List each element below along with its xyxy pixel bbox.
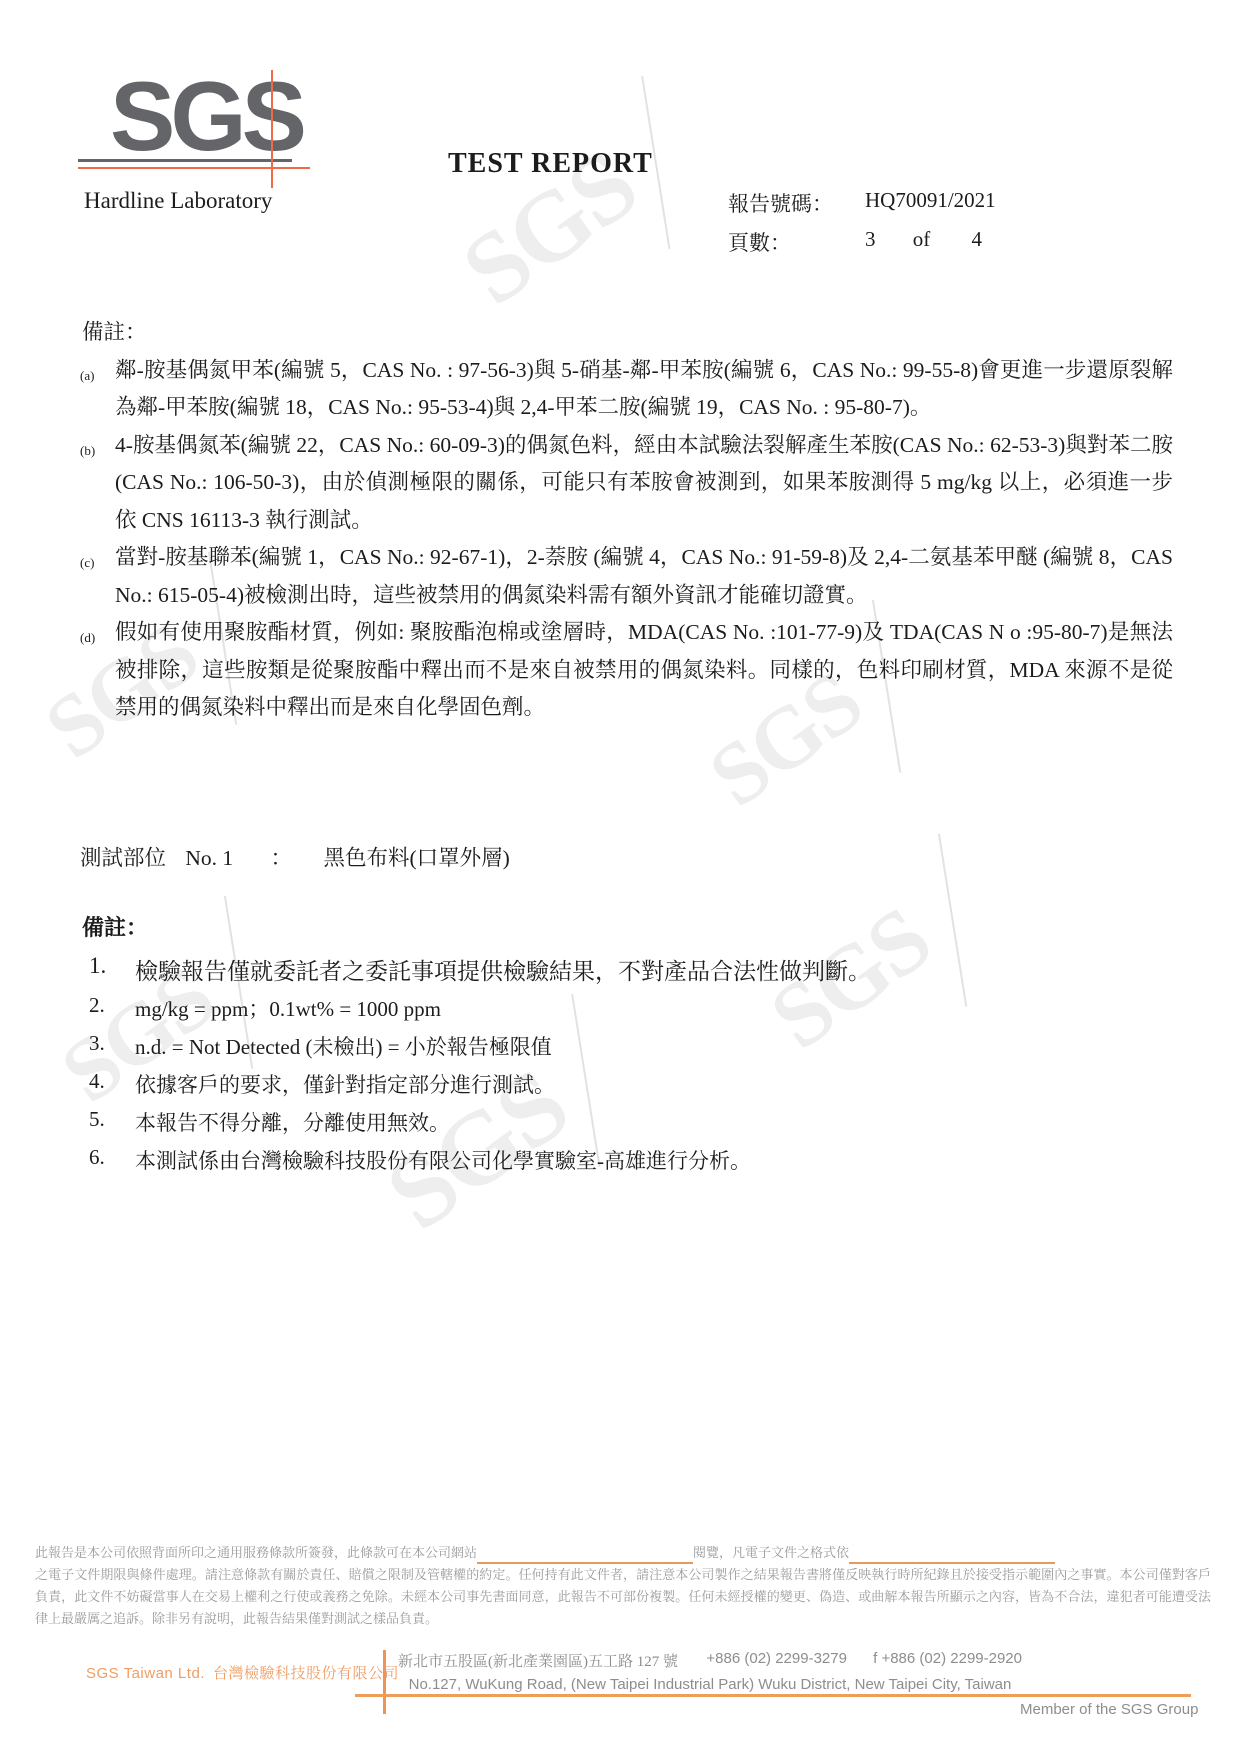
blank-underline bbox=[849, 1550, 1055, 1564]
disclaimer-text-b: 閱覽，凡電子文件之格式依 bbox=[693, 1542, 849, 1564]
lab-name: Hardline Laboratory bbox=[84, 188, 272, 214]
footnote-d-label: (d) bbox=[80, 614, 115, 727]
report-number-label: 報告號碼： bbox=[728, 188, 865, 218]
note-1-number: 1. bbox=[80, 953, 135, 993]
footnote-b: (b) 4-胺基偶氮苯(編號 22，CAS No.: 60-09-3)的偶氮色料… bbox=[80, 427, 1173, 540]
tested-part-label: 測試部位 bbox=[80, 846, 166, 870]
note-2-text: mg/kg = ppm；0.1wt% = 1000 ppm bbox=[135, 993, 441, 1031]
footer-disclaimer: 此報告是本公司依照背面所印之通用服務條款所簽發，此條款可在本公司網站 閱覽，凡電… bbox=[35, 1542, 1211, 1630]
logo-orange-horizontal-rule bbox=[78, 167, 310, 169]
phone-number: +886 (02) 2299-3279 bbox=[706, 1650, 847, 1667]
footnote-d-text: 假如有使用聚胺酯材質，例如: 聚胺酯泡棉或塗層時，MDA(CAS No. :10… bbox=[115, 614, 1173, 727]
address-row-zh: 新北市五股區(新北產業園區)五工路 127 號 +886 (02) 2299-3… bbox=[398, 1650, 1022, 1671]
note-6-text: 本測試係由台灣檢驗科技股份有限公司化學實驗室-高雄進行分析。 bbox=[135, 1145, 751, 1183]
sgs-logo: SGS bbox=[110, 72, 302, 160]
address-zh: 新北市五股區(新北產業園區)五工路 127 號 bbox=[398, 1650, 678, 1671]
page-of: of bbox=[913, 227, 931, 252]
disclaimer-line-1: 此報告是本公司依照背面所印之通用服務條款所簽發，此條款可在本公司網站 閱覽，凡電… bbox=[35, 1542, 1211, 1564]
note-5-text: 本報告不得分離，分離使用無效。 bbox=[135, 1107, 450, 1145]
fax-number: f +886 (02) 2299-2920 bbox=[873, 1650, 1022, 1667]
address-en: No.127, WuKung Road, (New Taipei Industr… bbox=[398, 1676, 1022, 1693]
footnote-c-label: (c) bbox=[80, 539, 115, 614]
note-2: 2. mg/kg = ppm；0.1wt% = 1000 ppm bbox=[80, 993, 1090, 1031]
footnote-c-text: 當對-胺基聯苯(編號 1，CAS No.: 92-67-1)，2-萘胺 (編號 … bbox=[115, 539, 1173, 614]
company-name-zh: 台灣檢驗科技股份有限公司 bbox=[213, 1666, 399, 1682]
footer-address-block: 新北市五股區(新北產業園區)五工路 127 號 +886 (02) 2299-3… bbox=[398, 1650, 1022, 1693]
note-5: 5. 本報告不得分離，分離使用無效。 bbox=[80, 1107, 1090, 1145]
note-5-number: 5. bbox=[80, 1107, 135, 1145]
footnotes-section: 備註： (a) 鄰-胺基偶氮甲苯(編號 5，CAS No. : 97-56-3)… bbox=[80, 314, 1173, 727]
footnote-a-label: (a) bbox=[80, 352, 115, 427]
footnote-b-text: 4-胺基偶氮苯(編號 22，CAS No.: 60-09-3)的偶氮色料，經由本… bbox=[115, 427, 1173, 540]
company-name-en: SGS Taiwan Ltd. bbox=[86, 1665, 205, 1682]
note-4-number: 4. bbox=[80, 1069, 135, 1107]
notes-section: 備註： 1. 檢驗報告僅就委託者之委託事項提供檢驗結果，不對產品合法性做判斷。 … bbox=[80, 911, 1090, 1183]
page-current: 3 bbox=[865, 227, 876, 252]
page-count-row: 頁數： 3 of 4 bbox=[728, 227, 1088, 257]
note-1-text: 檢驗報告僅就委託者之委託事項提供檢驗結果，不對產品合法性做判斷。 bbox=[135, 953, 871, 993]
page-count-value: 3 of 4 bbox=[865, 227, 982, 257]
note-4-text: 依據客戶的要求，僅針對指定部分進行測試。 bbox=[135, 1069, 555, 1107]
tested-part-row: 測試部位 No. 1 ： 黑色布料(口罩外層) bbox=[80, 841, 510, 872]
tested-part-number: No. 1 bbox=[185, 846, 233, 870]
footnote-a-text: 鄰-胺基偶氮甲苯(編號 5，CAS No. : 97-56-3)與 5-硝基-鄰… bbox=[115, 352, 1173, 427]
page-total: 4 bbox=[972, 227, 983, 252]
note-6-number: 6. bbox=[80, 1145, 135, 1183]
company-name: SGS Taiwan Ltd.台灣檢驗科技股份有限公司 bbox=[86, 1662, 382, 1683]
note-6: 6. 本測試係由台灣檢驗科技股份有限公司化學實驗室-高雄進行分析。 bbox=[80, 1145, 1090, 1183]
footnote-b-label: (b) bbox=[80, 427, 115, 540]
note-3: 3. n.d. = Not Detected (未檢出) = 小於報告極限值 bbox=[80, 1031, 1090, 1069]
logo-gray-rule bbox=[78, 159, 292, 162]
blank-underline bbox=[477, 1550, 693, 1564]
page-title: TEST REPORT bbox=[448, 148, 653, 180]
notes-list: 1. 檢驗報告僅就委託者之委託事項提供檢驗結果，不對產品合法性做判斷。 2. m… bbox=[80, 953, 1090, 1183]
report-meta: 報告號碼： HQ70091/2021 頁數： 3 of 4 bbox=[728, 188, 1088, 266]
phone-block: +886 (02) 2299-3279 f +886 (02) 2299-292… bbox=[706, 1650, 1022, 1671]
test-report-page: SGS SGS SGS SGS SGS SGS SGS Hardline Lab… bbox=[0, 0, 1241, 1755]
disclaimer-body: 之電子文件期限與條件處理。請注意條款有關於責任、賠償之限制及管轄權的約定。任何持… bbox=[35, 1564, 1211, 1630]
logo-orange-vertical-rule bbox=[271, 70, 273, 188]
footnote-c: (c) 當對-胺基聯苯(編號 1，CAS No.: 92-67-1)，2-萘胺 … bbox=[80, 539, 1173, 614]
notes-title: 備註： bbox=[82, 911, 1090, 942]
tested-part-colon: ： bbox=[271, 846, 293, 870]
note-3-number: 3. bbox=[80, 1031, 135, 1069]
member-of-sgs-group: Member of the SGS Group bbox=[1020, 1701, 1198, 1718]
report-number-value: HQ70091/2021 bbox=[865, 188, 996, 218]
page-count-label: 頁數： bbox=[728, 227, 865, 257]
report-number-row: 報告號碼： HQ70091/2021 bbox=[728, 188, 1088, 218]
tested-part-value: 黑色布料(口罩外層) bbox=[323, 846, 509, 870]
disclaimer-text-a: 此報告是本公司依照背面所印之通用服務條款所簽發，此條款可在本公司網站 bbox=[35, 1542, 477, 1564]
footnotes-title: 備註： bbox=[82, 314, 1173, 352]
note-2-number: 2. bbox=[80, 993, 135, 1031]
footer-horizontal-rule bbox=[355, 1694, 1191, 1697]
note-3-text: n.d. = Not Detected (未檢出) = 小於報告極限值 bbox=[135, 1031, 552, 1069]
note-4: 4. 依據客戶的要求，僅針對指定部分進行測試。 bbox=[80, 1069, 1090, 1107]
footnote-d: (d) 假如有使用聚胺酯材質，例如: 聚胺酯泡棉或塗層時，MDA(CAS No.… bbox=[80, 614, 1173, 727]
footer-vertical-rule bbox=[383, 1650, 386, 1714]
note-1: 1. 檢驗報告僅就委託者之委託事項提供檢驗結果，不對產品合法性做判斷。 bbox=[80, 953, 1090, 993]
footnote-a: (a) 鄰-胺基偶氮甲苯(編號 5，CAS No. : 97-56-3)與 5-… bbox=[80, 352, 1173, 427]
